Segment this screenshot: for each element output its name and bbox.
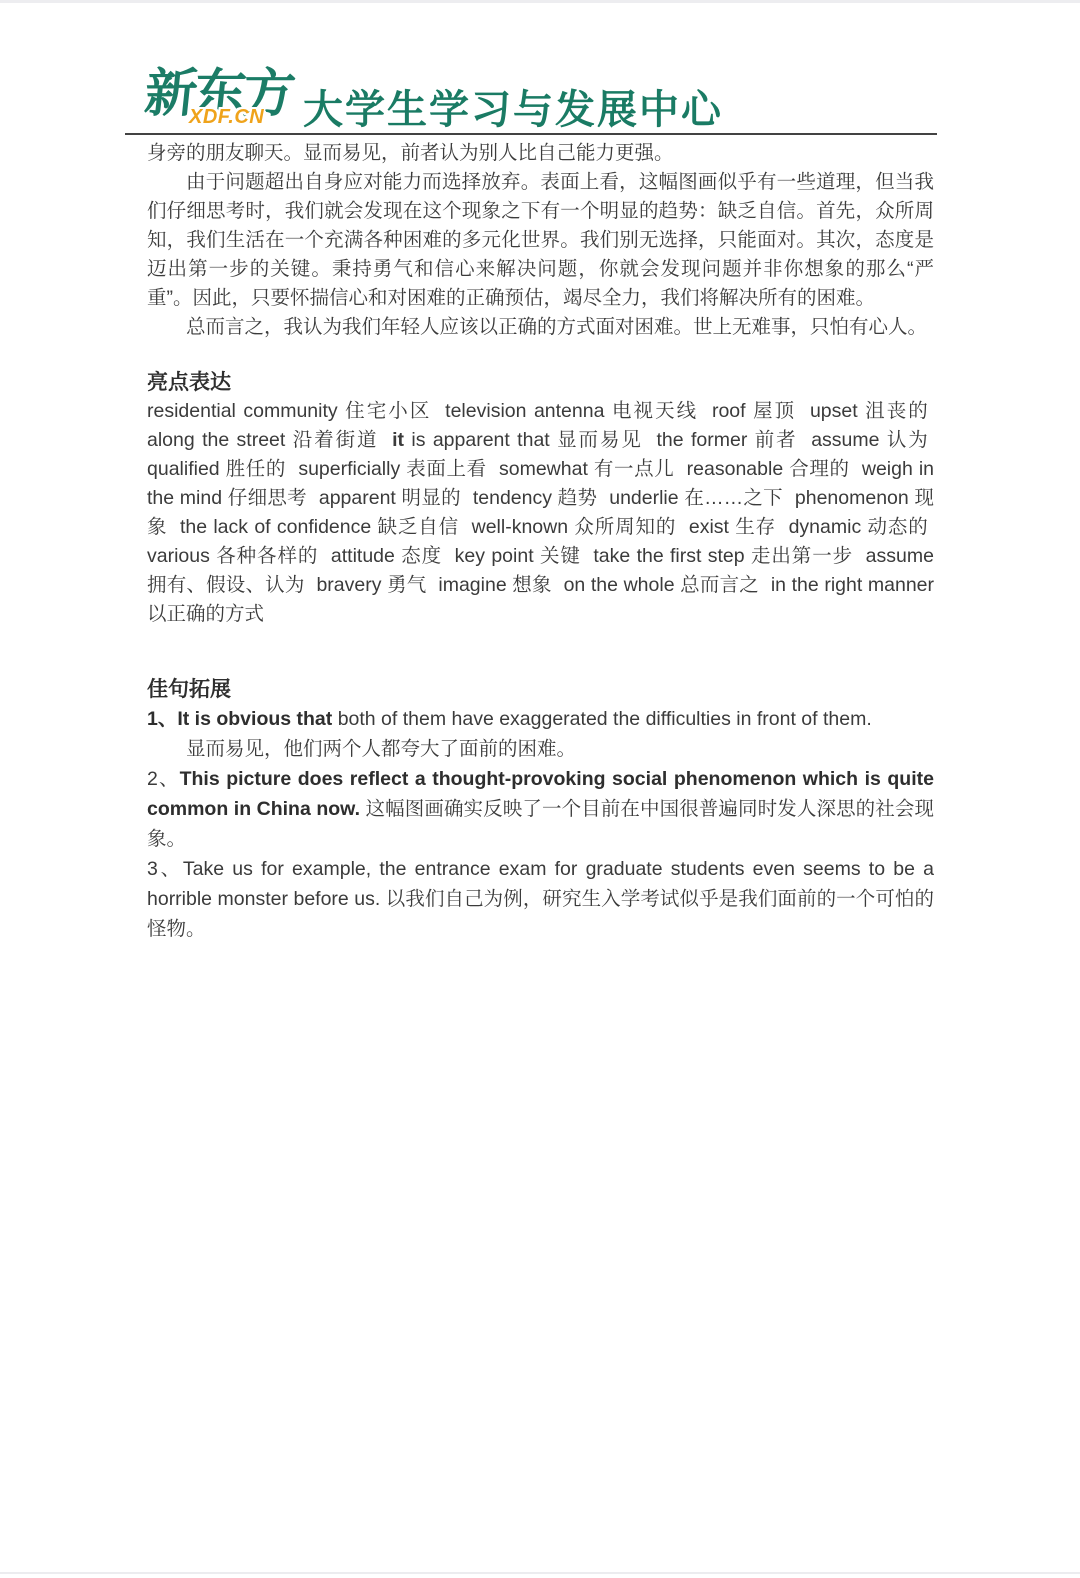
vocab-zh: 态度 [401,545,448,567]
vocab-en: reasonable [687,458,784,480]
vocab-en: assume [866,545,934,567]
vocab-zh: 趋势 [558,487,604,509]
vocab-en: well-known [472,516,568,538]
vocab-en: upset [810,400,858,422]
essay-paragraph: 身旁的朋友聊天。显而易见，前者认为别人比自己能力更强。 [147,139,934,168]
vocab-zh: 有一点儿 [594,458,681,480]
vocab-en: attitude [331,545,395,567]
vocab-zh: 想象 [512,574,558,596]
vocab-zh: 表面上看 [406,458,493,480]
vocab-zh: 动态的 [868,516,935,538]
vocab-en: phenomenon [795,487,909,509]
vocab-zh: 拥有、假设、认为 [147,574,311,596]
vocab-zh: 在……之下 [684,487,789,509]
vocab-en: in the right manner [771,574,934,596]
vocab-en: along the street [147,429,285,451]
vocab-en: dynamic [789,516,862,538]
vocab-zh: 前者 [755,429,804,451]
vocab-en: somewhat [499,458,588,480]
vocab-en: various [147,545,210,567]
vocab-zh: 住宅小区 [345,400,438,422]
vocab-en: qualified [147,458,220,480]
vocab-en: roof [712,400,746,422]
vocab-en: superficially [298,458,400,480]
vocab-en: take the first step [593,545,744,567]
vocab-en: exist [689,516,729,538]
xdf-logo: 新东方 XDF.CN [145,64,310,130]
vocab-zh: 屋顶 [753,400,802,422]
vocab-en: underlie [609,487,678,509]
vocab-en: television antenna [445,400,604,422]
vocab-zh: 合理的 [789,458,856,480]
vocab-en: apparent [319,487,396,509]
vocab-zh: 电视天线 [612,400,705,422]
vocab-zh: 显而易见 [557,429,649,451]
sentences-section: 佳句拓展 1、It is obvious that both of them h… [147,675,934,944]
vocab-en: the lack of confidence [180,516,371,538]
vocab-zh: 走出第一步 [751,545,859,567]
vocab-en: tendency [473,487,552,509]
document-header: 新东方 XDF.CN 大学生学习与发展中心 [125,64,937,135]
vocab-zh: 以正确的方式 [147,603,270,625]
vocab-zh: 明显的 [402,487,468,509]
vocab-zh: 沿着街道 [293,429,385,451]
vocab-section: 亮点表达 residential community 住宅小区 televisi… [147,368,934,629]
essay-paragraph: 总而言之，我认为我们年轻人应该以正确的方式面对困难。世上无难事，只怕有心人。 [147,313,934,342]
vocab-zh: 沮丧的 [865,400,934,422]
vocab-zh: 关键 [540,545,587,567]
vocab-zh: 仔细思考 [228,487,313,509]
page-bottom-border [0,1572,1080,1574]
sentence-text: both of them have exaggerated the diffic… [338,708,872,730]
vocab-zh: 各种各样的 [216,545,324,567]
vocab-zh: 胜任的 [226,458,293,480]
vocab-zh: 生存 [735,516,782,538]
page-title: 大学生学习与发展中心 [303,78,723,135]
sentence-line: 3、Take us for example, the entrance exam… [147,854,934,944]
sentences-heading: 佳句拓展 [147,675,934,704]
vocab-en: imagine [438,574,506,596]
essay-paragraph: 由于问题超出自身应对能力而选择放弃。表面上看，这幅图画似乎有一些道理，但当我们仔… [147,168,934,313]
sentence-line: 1、It is obvious that both of them have e… [147,704,934,734]
vocab-zh: 勇气 [387,574,433,596]
sentence-list: 1、It is obvious that both of them have e… [147,704,934,944]
sentence-line: 2、This picture does reflect a thought-pr… [147,764,934,854]
vocab-en: bravery [316,574,381,596]
vocab-zh: 认为 [887,429,934,451]
vocab-en: residential community [147,400,338,422]
page-top-border [0,0,1080,3]
vocab-list: residential community 住宅小区 television an… [147,397,934,629]
vocab-en: assume [811,429,879,451]
xdf-logo-domain-text: XDF.CN [189,106,264,129]
sentence-text: 显而易见，他们两个人都夸大了面前的困难。 [186,738,576,760]
vocab-en: the former [657,429,748,451]
vocab-en: on the whole [564,574,675,596]
vocab-zh: 总而言之 [680,574,765,596]
vocab-en: is apparent that [404,429,550,451]
vocab-en: key point [455,545,534,567]
vocab-zh: 众所周知的 [574,516,682,538]
vocab-zh: 缺乏自信 [378,516,466,538]
document-body: 身旁的朋友聊天。显而易见，前者认为别人比自己能力更强。由于问题超出自身应对能力而… [147,139,934,944]
sentence-text-bold: 1、It is obvious that [147,708,338,730]
essay: 身旁的朋友聊天。显而易见，前者认为别人比自己能力更强。由于问题超出自身应对能力而… [147,139,934,342]
sentence-line: 显而易见，他们两个人都夸大了面前的困难。 [147,734,934,764]
vocab-en-bold: it [392,429,404,451]
sentence-text: 2、 [147,768,180,790]
sentence-text: 3、Take us for example, the entrance exam… [147,858,934,940]
vocab-heading: 亮点表达 [147,368,934,397]
